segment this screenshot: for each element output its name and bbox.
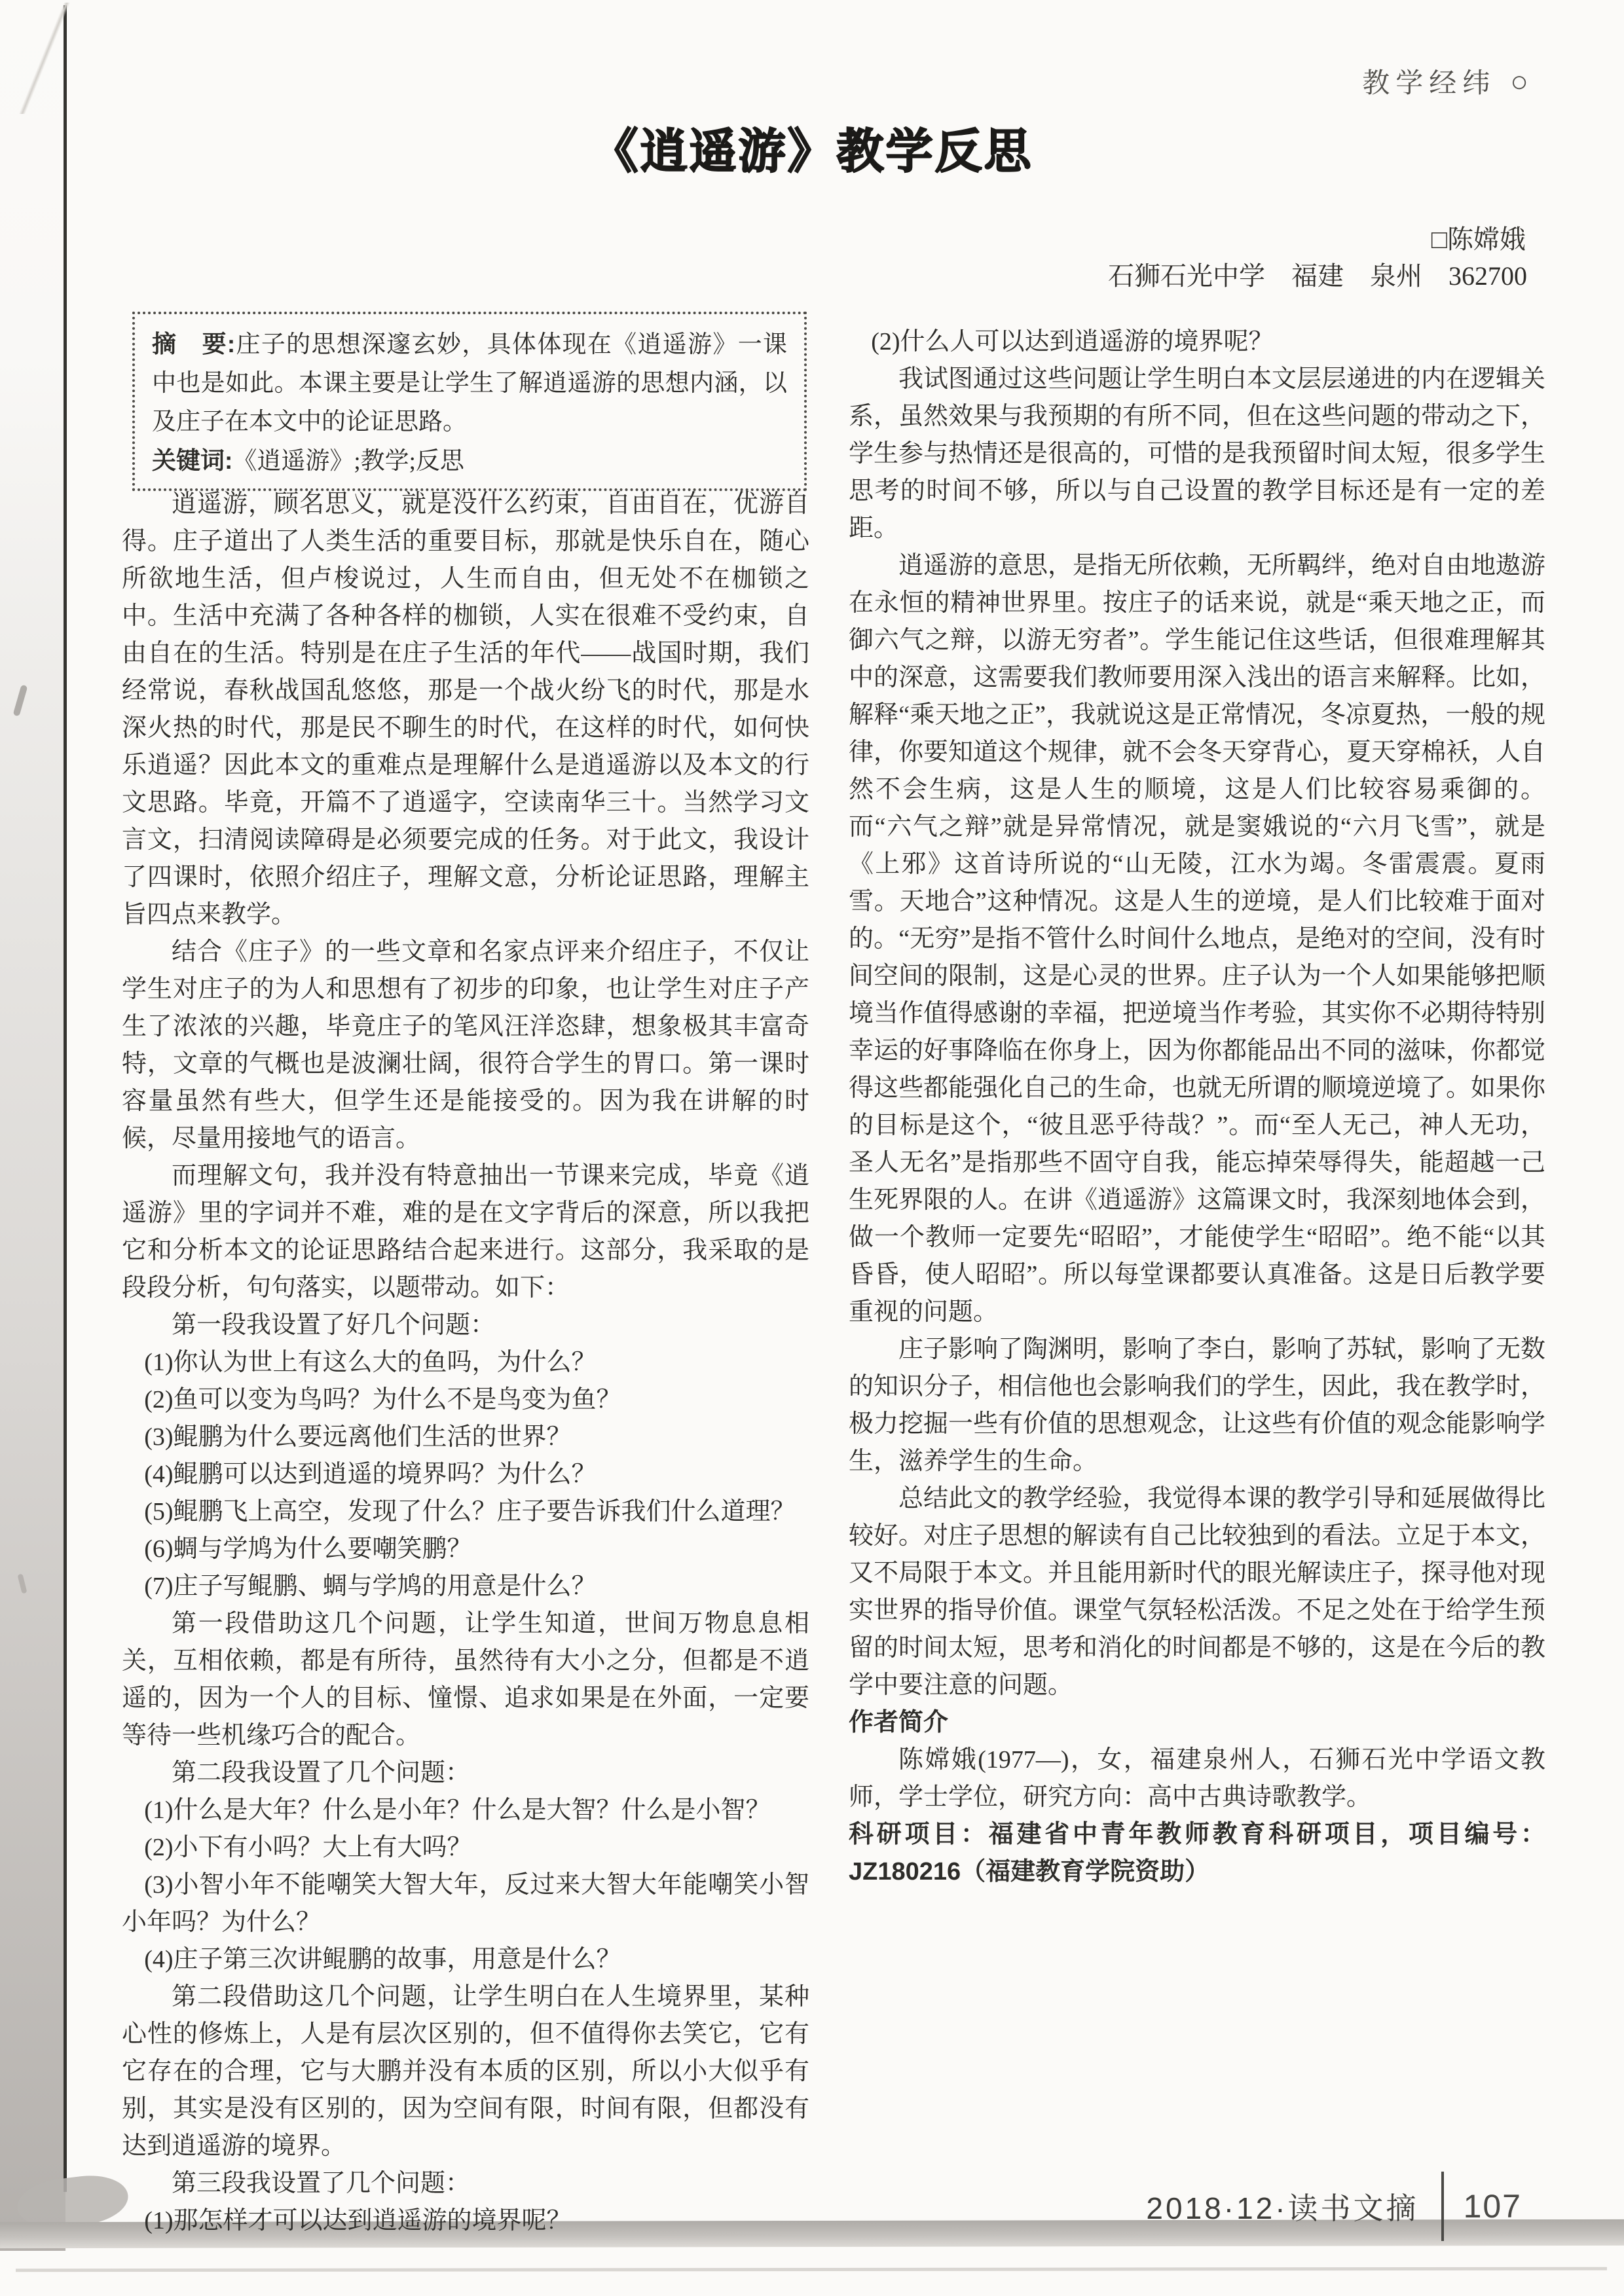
paragraph: (1)那怎样才可以达到逍遥游的境界呢？ xyxy=(122,2202,809,2240)
scan-corner-fold xyxy=(3,3,88,114)
scan-left-edge-shadow xyxy=(0,0,65,2251)
section-marker-icon: ○ xyxy=(1510,64,1528,99)
right-column-body: (2)什么人可以达到逍遥游的境界呢？我试图通过这些问题让学生明白本文层层递进的内… xyxy=(849,323,1545,1891)
paragraph: 而理解文句，我并没有特意抽出一节课来完成，毕竟《逍遥游》里的字词并不难，难的是在… xyxy=(122,1157,809,1307)
footer-divider xyxy=(1441,2172,1444,2241)
scan-bottom-edge-line xyxy=(16,2267,1607,2272)
paragraph: 陈嫦娥(1977—)，女，福建泉州人，石狮石光中学语文教师，学士学位，研究方向：… xyxy=(849,1741,1545,1816)
paragraph: 我试图通过这些问题让学生明白本文层层递进的内在逻辑关系，虽然效果与我预期的有所不… xyxy=(849,361,1545,547)
paragraph: 第一段我设置了好几个问题： xyxy=(122,1307,809,1344)
paragraph: (4)庄子第三次讲鲲鹏的故事，用意是什么？ xyxy=(122,1941,809,1978)
abstract-text: 庄子的思想深邃玄妙，具体体现在《逍遥游》一课中也是如此。本课主要是让学生了解逍遥… xyxy=(152,331,787,435)
paragraph: 庄子影响了陶渊明，影响了李白，影响了苏轼，影响了无数的知识分子，相信他也会影响我… xyxy=(849,1331,1545,1480)
author-affiliation: 石狮石光中学 福建 泉州 362700 xyxy=(1108,255,1527,293)
abstract-paragraph: 摘 要:庄子的思想深邃玄妙，具体体现在《逍遥游》一课中也是如此。本课主要是让学生… xyxy=(152,325,787,441)
page-footer: 2018·12·读书文摘 107 xyxy=(1146,2171,1522,2242)
paragraph: (7)庄子写鲲鹏、蜩与学鸠的用意是什么？ xyxy=(122,1568,809,1605)
paragraph: (5)鲲鹏飞上高空，发现了什么？庄子要告诉我们什么道理？ xyxy=(122,1493,809,1531)
paragraph: (4)鲲鹏可以达到逍遥的境界吗？为什么？ xyxy=(122,1456,809,1493)
abstract-box: 摘 要:庄子的思想深邃玄妙，具体体现在《逍遥游》一课中也是如此。本课主要是让学生… xyxy=(132,312,807,491)
section-label: 教学经纬 xyxy=(1362,62,1496,101)
paragraph: (1)什么是大年？什么是小年？什么是大智？什么是小智？ xyxy=(122,1792,809,1829)
paragraph: (2)小下有小吗？大上有大吗？ xyxy=(122,1829,809,1867)
paragraph: 总结此文的教学经验，我觉得本课的教学引导和延展做得比较好。对庄子思想的解读有自己… xyxy=(849,1480,1545,1704)
paragraph: (1)你认为世上有这么大的鱼吗，为什么？ xyxy=(122,1344,809,1381)
page-number: 107 xyxy=(1464,2187,1522,2225)
running-head: 教学经纬○ xyxy=(1362,62,1528,101)
paragraph: (6)蜩与学鸠为什么要嘲笑鹏？ xyxy=(122,1531,809,1568)
scanned-article-page: 教学经纬○ 《逍遥游》教学反思 □陈嫦娥 石狮石光中学 福建 泉州 362700… xyxy=(0,0,1624,2296)
paragraph: 第二段借助这几个问题，让学生明白在人生境界里，某种心性的修炼上，人是有层次区别的… xyxy=(122,1978,809,2165)
article-title: 《逍遥游》教学反思 xyxy=(131,122,1493,182)
keywords-text: 《逍遥游》;教学;反思 xyxy=(232,448,464,475)
keywords-label: 关键词: xyxy=(152,447,232,474)
abstract-label: 摘 要: xyxy=(152,331,235,357)
paragraph: (2)鱼可以变为鸟吗？为什么不是鸟变为鱼？ xyxy=(122,1381,809,1419)
paragraph: 第二段我设置了几个问题： xyxy=(122,1755,809,1792)
paragraph: (3)鲲鹏为什么要远离他们生活的世界？ xyxy=(122,1419,809,1456)
author-byline: □陈嫦娥 xyxy=(1431,219,1526,256)
paragraph: 逍遥游，顾名思义，就是没什么约束，自由自在，优游自得。庄子道出了人类生活的重要目… xyxy=(122,486,809,934)
keywords-paragraph: 关键词:《逍遥游》;教学;反思 xyxy=(152,441,787,481)
journal-issue-label: 2018·12·读书文摘 xyxy=(1146,2185,1418,2228)
paragraph: 科研项目：福建省中青年教师教育科研项目，项目编号：JZ180216（福建教育学院… xyxy=(849,1816,1545,1891)
paragraph: 第三段我设置了几个问题： xyxy=(122,2165,809,2202)
left-column-body: 逍遥游，顾名思义，就是没什么约束，自由自在，优游自得。庄子道出了人类生活的重要目… xyxy=(122,486,809,2240)
paragraph: 结合《庄子》的一些文章和名家点评来介绍庄子，不仅让学生对庄子的为人和思想有了初步… xyxy=(122,934,809,1157)
paragraph: (3)小智小年不能嘲笑大智大年，反过来大智大年能嘲笑小智小年吗？为什么？ xyxy=(122,1867,809,1941)
paragraph: 第一段借助这几个问题，让学生知道，世间万物息息相关，互相依赖，都是有所待，虽然待… xyxy=(122,1605,809,1755)
paragraph: 逍遥游的意思，是指无所依赖，无所羁绊，绝对自由地遨游在永恒的精神世界里。按庄子的… xyxy=(849,547,1545,1331)
paragraph: (2)什么人可以达到逍遥游的境界呢？ xyxy=(849,323,1545,361)
scan-binding-line xyxy=(64,5,67,2192)
paragraph: 作者简介 xyxy=(849,1704,1545,1741)
